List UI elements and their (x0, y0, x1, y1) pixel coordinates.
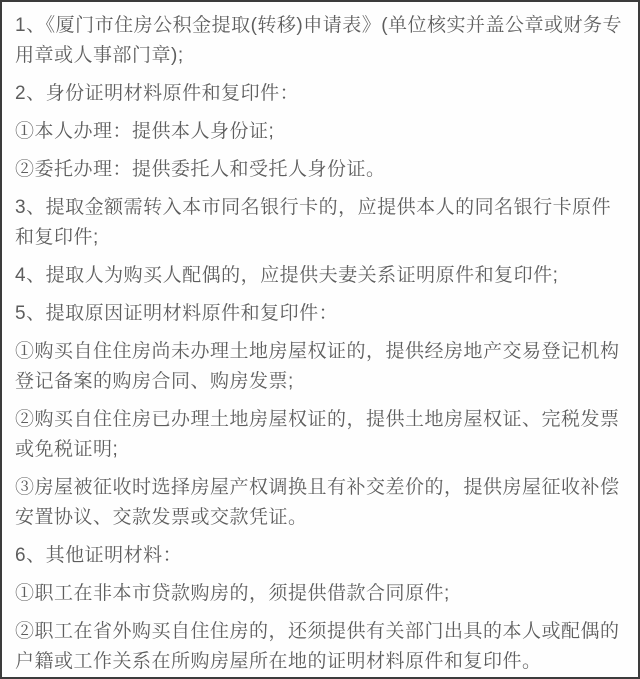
paragraph-item-2-sub-1: ①本人办理：提供本人身份证; (15, 117, 626, 147)
paragraph-item-4: 4、提取人为购买人配偶的，应提供夫妻关系证明原件和复印件; (15, 261, 626, 291)
paragraph-item-6-sub-2: ②职工在省外购买自住住房的，还须提供有关部门出具的本人或配偶的户籍或工作关系在所… (15, 617, 626, 677)
paragraph-item-5-sub-3: ③房屋被征收时选择房屋产权调换且有补交差价的，提供房屋征收补偿安置协议、交款发票… (15, 473, 626, 533)
paragraph-item-5-sub-1: ①购买自住住房尚未办理土地房屋权证的，提供经房地产交易登记机构登记备案的购房合同… (15, 337, 626, 397)
paragraph-item-5-sub-2: ②购买自住住房已办理土地房屋权证的，提供土地房屋权证、完税发票或免税证明; (15, 405, 626, 465)
paragraph-item-5: 5、提取原因证明材料原件和复印件： (15, 299, 626, 329)
paragraph-item-2: 2、身份证明材料原件和复印件： (15, 79, 626, 109)
paragraph-item-2-sub-2: ②委托办理：提供委托人和受托人身份证。 (15, 155, 626, 185)
document-panel: 1、《厦门市住房公积金提取(转移)申请表》(单位核实并盖公章或财务专用章或人事部… (0, 0, 640, 679)
paragraph-item-6-sub-1: ①职工在非本市贷款购房的，须提供借款合同原件; (15, 579, 626, 609)
paragraph-item-1: 1、《厦门市住房公积金提取(转移)申请表》(单位核实并盖公章或财务专用章或人事部… (15, 11, 626, 71)
paragraph-item-6: 6、其他证明材料： (15, 541, 626, 571)
paragraph-item-3: 3、提取金额需转入本市同名银行卡的，应提供本人的同名银行卡原件和复印件; (15, 193, 626, 253)
